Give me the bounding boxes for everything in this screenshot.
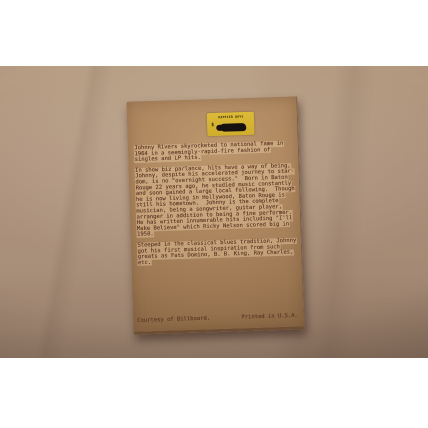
price-sticker: HAPPIER DAYS $ <box>207 112 255 136</box>
typewritten-line: 1958. <box>136 231 154 237</box>
liner-paragraph: Steeped in the classical blues tradition… <box>137 238 303 266</box>
sticker-store-name: HAPPIER DAYS <box>209 115 253 120</box>
photo-of-record-sleeve: HAPPIER DAYS $ Johnny Rivers skyrocketed… <box>0 0 428 428</box>
typewritten-line: etc. <box>137 260 152 266</box>
liner-paragraph: In show biz parlance, hits have a way of… <box>134 163 301 238</box>
fabric-background: HAPPIER DAYS $ Johnny Rivers skyrocketed… <box>0 66 428 358</box>
footer-printed-in: Printed in U.S.A. <box>241 312 297 320</box>
record-sleeve-back: HAPPIER DAYS $ Johnny Rivers skyrocketed… <box>126 96 304 334</box>
footer-credit: Courtesy of Billboard. <box>137 315 210 323</box>
price-blackout-blob <box>220 123 246 132</box>
liner-paragraph: Johnny Rivers skyrocketed to national fa… <box>134 140 299 163</box>
price-symbol: $ <box>211 122 214 128</box>
sleeve-footer: Courtesy of Billboard. Printed in U.S.A. <box>137 312 298 323</box>
typewritten-line: singles and LP hits. <box>134 155 201 163</box>
liner-notes: Johnny Rivers skyrocketed to national fa… <box>134 140 303 271</box>
